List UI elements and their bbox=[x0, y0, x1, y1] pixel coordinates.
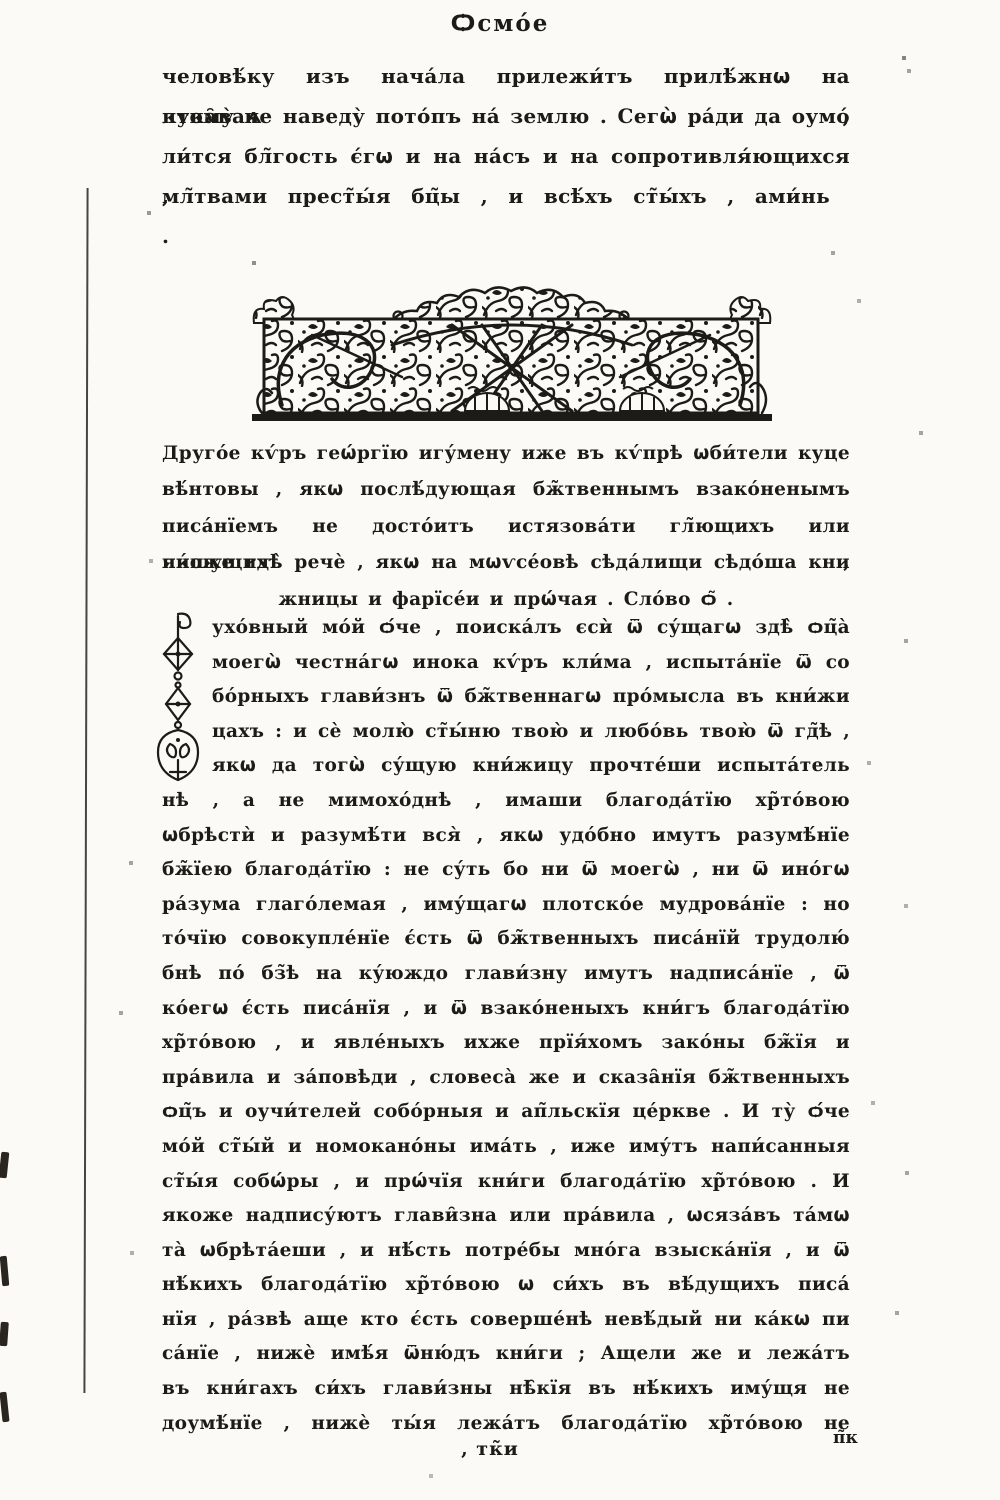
text-line: моегѡ̀ честна́гѡ инока кѵ́ръ кли́ма , ис… bbox=[162, 646, 850, 681]
text-line: якоже надпису́ютъ глави̑зна или пра́вила… bbox=[162, 1199, 850, 1234]
text-line: въ кни́гахъ си́хъ глави́зны нѣ̑кїя въ нѣ… bbox=[162, 1372, 850, 1407]
text-line: ѡбрѣстѝ и разумѣ́ти вся̀ , якѡ удо́бно и… bbox=[162, 819, 850, 854]
text-line: ѻц̃ъ и оучи́телей собо́рныя и ап̃льскїя … bbox=[162, 1095, 850, 1130]
text-line: бо́рныхъ глави́знъ ѿ бж̃твеннагѡ про́мыс… bbox=[162, 680, 850, 715]
text-line: хр̃то́вою , и явле́ныхъ ихже прїя́хомъ з… bbox=[162, 1026, 850, 1061]
left-margin-rule bbox=[83, 188, 88, 1393]
text-line: то́чїю совокупле́нїе є́сть ѿ бж̃твенныхъ… bbox=[162, 922, 850, 957]
text-line: ст̃ы́я собѡ́ры , и прѡ́чїя кни́ги благод… bbox=[162, 1165, 850, 1200]
text-line: нїя , ра́звѣ аще кто є́сть соверше́нѣ не… bbox=[162, 1303, 850, 1338]
text-line: ко́егѡ є́сть писа́нїя , и ѿ взако́неныхъ… bbox=[162, 992, 850, 1027]
text-line: мо́й ст̃ы́й и номокано́ны има́ть , иже и… bbox=[162, 1130, 850, 1165]
text-line: ухо́вный мо́й ѻ́че , поиска́лъ єсѝ ѿ су́… bbox=[162, 611, 850, 646]
text-line: нѣ́кихъ благода́тїю хр̃то́вою ѡ си́хъ въ… bbox=[162, 1268, 850, 1303]
headpiece-crest bbox=[392, 287, 630, 321]
text-line: вѣ́нтовы , якѡ послѣ́дующая бж̃твеннымъ … bbox=[162, 472, 850, 508]
text-line: пра́вила и за́повѣди , словеса̀ же и ска… bbox=[162, 1061, 850, 1096]
text-line: доумѣ́нїе , нижѐ ты́я лежа́тъ благода́тї… bbox=[162, 1407, 850, 1442]
text-line: Друго́е кѵ́ръ геѡ́ргїю игу́мену иже въ к… bbox=[162, 436, 850, 472]
main-paragraph: ухо́вный мо́й ѻ́че , поиска́лъ єсѝ ѿ су́… bbox=[162, 611, 850, 1441]
book-page: Ѻсмо́е человѣ́ку изъ нача́ла прилежи́тъ … bbox=[0, 0, 1000, 1500]
text-line: якѡ да тогѡ̀ су́щую кни́жицу прочте́ши и… bbox=[162, 749, 850, 784]
text-line: цахъ : и сѐ молю̀ ст̃ы́ню твою̀ и любо́в… bbox=[162, 715, 850, 750]
scan-noise bbox=[0, 0, 2, 2]
intro-paragraph: человѣ́ку изъ нача́ла прилежи́тъ прилѣ́ж… bbox=[162, 56, 850, 216]
text-line: та̀ ѡбрѣта́еши , и нѣ́сть потре́бы мно́г… bbox=[162, 1234, 850, 1269]
text-line: са́нїе , нижѐ имѣ́я ѿню́дъ кни́ги ; Ащел… bbox=[162, 1337, 850, 1372]
section-heading-paragraph: Друго́е кѵ́ръ геѡ́ргїю игу́мену иже въ к… bbox=[162, 436, 850, 618]
text-line: человѣ́ку изъ нача́ла прилежи́тъ прилѣ́ж… bbox=[162, 56, 850, 96]
text-line: ра́зума глаго́лемая , иму́щагѡ плотско́е… bbox=[162, 888, 850, 923]
page-number-center: , тк̃и bbox=[380, 1438, 600, 1460]
text-line: бж̃їею благода́тїю : не су́ть бо ни ѿ мо… bbox=[162, 853, 850, 888]
text-line: ли́тся бл̃гость є́гѡ и на на́съ и на соп… bbox=[162, 136, 850, 176]
text-line: ктому̀ не наведу̀ пото́пъ на́ землю . Се… bbox=[162, 96, 850, 136]
quire-signature: п̃к bbox=[833, 1428, 893, 1448]
text-line: нѣ , а не мимохо́днѣ , имаши благода́тїю… bbox=[162, 784, 850, 819]
text-line: мл̃твами прест̃ы́я бц̃ы , и всѣ́хъ ст̃ы́… bbox=[162, 176, 850, 216]
text-line: писа́нїемъ не досто́итъ истязова́ти гл̃ю… bbox=[162, 509, 850, 545]
page-title: Ѻсмо́е bbox=[0, 10, 1000, 37]
text-line: бнѣ по́ бз̃ѣ на ку́юждо глави́зну имутъ … bbox=[162, 957, 850, 992]
headpiece-ornament bbox=[252, 285, 772, 425]
text-line: якоже гдѣ̀ речѐ , якѡ на мѡѵсе́овѣ сѣда́… bbox=[162, 545, 850, 581]
